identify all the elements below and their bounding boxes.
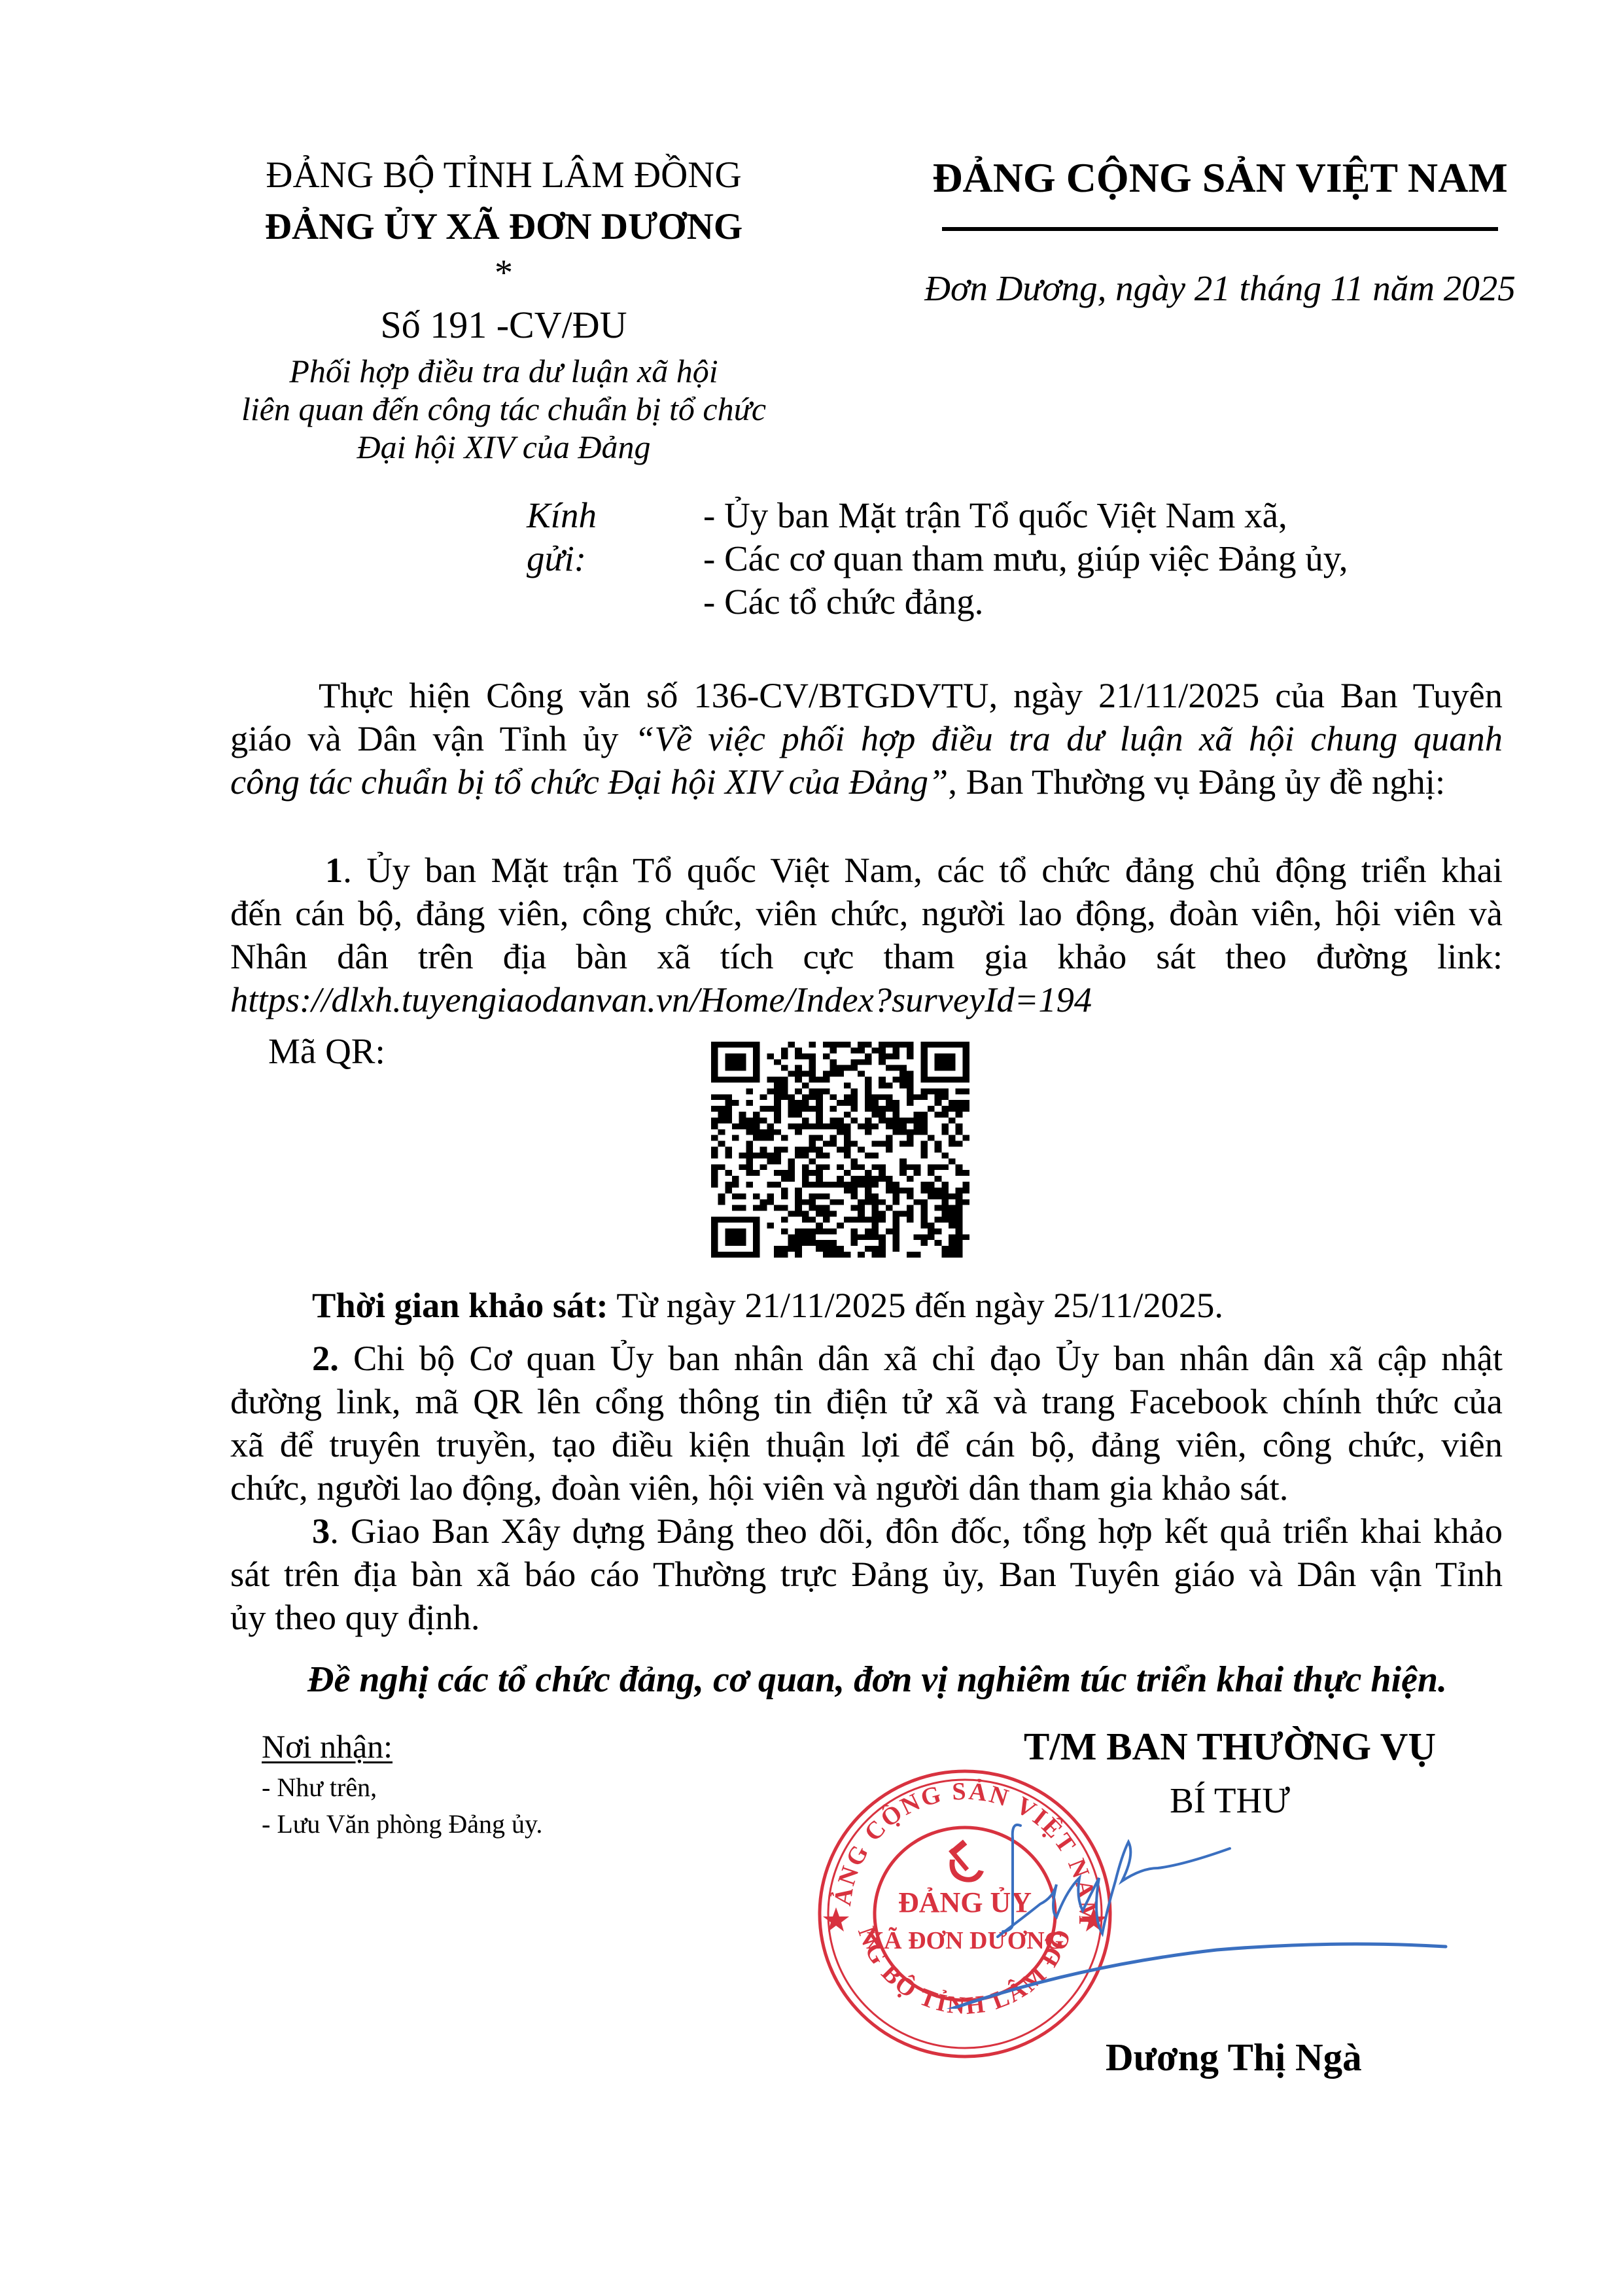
survey-time: Thời gian khảo sát: Từ ngày 21/11/2025 đ… <box>230 1284 1503 1327</box>
issuer-block: ĐẢNG BỘ TỈNH LÂM ĐỒNG ĐẢNG ỦY XÃ ĐƠN DƯƠ… <box>236 154 772 466</box>
item-line: . Ủy ban Mặt trận Tổ quốc Việt Nam, các … <box>343 850 1503 890</box>
item-line: . Giao Ban Xây dựng Đảng theo dõi, đôn đ… <box>330 1511 1503 1551</box>
subject-line: liên quan đến công tác chuẩn bị tổ chức <box>236 390 772 428</box>
national-header: ĐẢNG CỘNG SẢN VIỆT NAM Đơn Dương, ngày 2… <box>913 154 1527 309</box>
qr-label: Mã QR: <box>268 1031 385 1072</box>
qr-code-icon[interactable] <box>711 1042 969 1258</box>
recipients-label: Kính gửi: <box>527 494 597 580</box>
receiver-item: - Như trên, <box>262 1769 542 1806</box>
receivers-title: Nơi nhận: <box>262 1727 542 1765</box>
item-1-paragraph: 1. Ủy ban Mặt trận Tổ quốc Việt Nam, các… <box>230 849 1503 1021</box>
signer-title: T/M BAN THƯỜNG VỤ <box>1001 1724 1459 1769</box>
issuing-organization: ĐẢNG ỦY XÃ ĐƠN DƯƠNG <box>236 205 772 248</box>
receiver-item: - Lưu Văn phòng Đảng ủy. <box>262 1806 542 1843</box>
survey-time-value: Từ ngày 21/11/2025 đến ngày 25/11/2025. <box>608 1285 1223 1325</box>
item-line: đến cán bộ, đảng viên, công chức, viên c… <box>230 892 1503 935</box>
intro-line: Thực hiện Công văn số 136-CV/BTGDVTU, ng… <box>319 675 1503 715</box>
item-line: ủy theo quy định. <box>230 1596 1503 1639</box>
item-number: 2. <box>312 1338 339 1378</box>
item-number: 3 <box>312 1511 330 1551</box>
recipient-item: - Các cơ quan tham mưu, giúp việc Đảng ủ… <box>703 537 1348 580</box>
intro-tail: , Ban Thường vụ Đảng ủy đề nghị: <box>948 762 1445 802</box>
item-line: xã để truyên truyền, tạo điều kiện thuận… <box>230 1423 1503 1466</box>
signer-name: Dương Thị Ngà <box>1106 2035 1362 2080</box>
parent-organization: ĐẢNG BỘ TỈNH LÂM ĐỒNG <box>236 154 772 196</box>
handwritten-signature-icon <box>890 1799 1478 2009</box>
item-3-paragraph: 3. Giao Ban Xây dựng Đảng theo dõi, đôn … <box>230 1510 1503 1639</box>
party-name: ĐẢNG CỘNG SẢN VIỆT NAM <box>913 154 1527 202</box>
signer-role: BÍ THƯ <box>1001 1780 1459 1821</box>
item-line: sát trên địa bàn xã báo cáo Thường trực … <box>230 1553 1503 1596</box>
item-number: 1 <box>325 850 343 890</box>
survey-time-label: Thời gian khảo sát: <box>312 1285 608 1325</box>
separator-star: * <box>236 252 772 294</box>
document-number: Số 191 -CV/ĐU <box>236 303 772 347</box>
recipient-item: - Ủy ban Mặt trận Tổ quốc Việt Nam xã, <box>703 494 1348 537</box>
subject-line: Đại hội XIV của Đảng <box>236 428 772 466</box>
recipient-item: - Các tổ chức đảng. <box>703 580 1348 624</box>
intro-paragraph: Thực hiện Công văn số 136-CV/BTGDVTU, ng… <box>230 674 1503 804</box>
intro-line: giáo và Dân vận Tỉnh ủy <box>230 718 635 758</box>
document-subject: Phối hợp điều tra dư luận xã hội liên qu… <box>236 352 772 466</box>
item-line: Nhân dân trên địa bàn xã tích cực tham g… <box>230 935 1503 978</box>
closing-request: Đề nghị các tổ chức đảng, cơ quan, đơn v… <box>307 1659 1447 1701</box>
signature-block: T/M BAN THƯỜNG VỤ BÍ THƯ <box>1001 1724 1459 1821</box>
item-line: chức, người lao động, đoàn viên, hội viê… <box>230 1466 1503 1510</box>
subject-line: Phối hợp điều tra dư luận xã hội <box>236 352 772 390</box>
header-rule <box>942 227 1498 231</box>
place-and-date: Đơn Dương, ngày 21 tháng 11 năm 2025 <box>913 268 1527 309</box>
item-line: đường link, mã QR lên cổng thông tin điệ… <box>230 1380 1503 1423</box>
item-2-paragraph: 2. Chi bộ Cơ quan Ủy ban nhân dân xã chỉ… <box>230 1337 1503 1510</box>
receivers-block: Nơi nhận: - Như trên, - Lưu Văn phòng Đả… <box>262 1727 542 1843</box>
quoted-title: “Về việc phối hợp điều tra dư luận xã hộ… <box>635 718 1503 758</box>
survey-link[interactable]: https://dlxh.tuyengiaodanvan.vn/Home/Ind… <box>230 980 1092 1019</box>
item-line: Chi bộ Cơ quan Ủy ban nhân dân xã chỉ đạ… <box>339 1338 1503 1378</box>
quoted-title-end: công tác chuẩn bị tổ chức Đại hội XIV củ… <box>230 762 948 802</box>
